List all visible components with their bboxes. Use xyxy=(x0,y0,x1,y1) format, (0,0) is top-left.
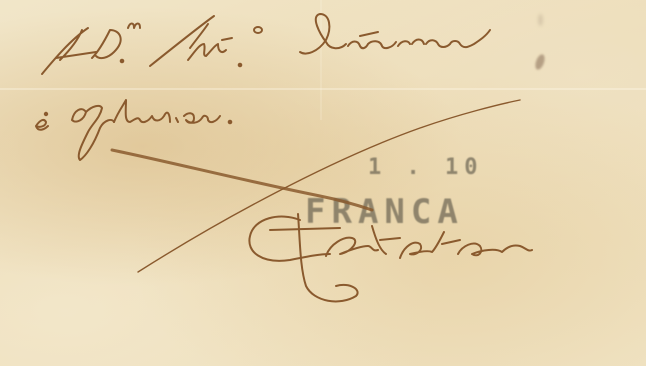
address-line-1-script xyxy=(42,14,490,74)
ink-smudge xyxy=(538,14,543,26)
handwriting-layer xyxy=(0,0,646,366)
strike-line-1 xyxy=(112,150,372,210)
address-line-2-script xyxy=(36,100,231,160)
destination-script xyxy=(249,214,532,301)
postal-cover: 1 . 10 FRANCA xyxy=(0,0,646,366)
strike-line-2 xyxy=(138,100,520,272)
